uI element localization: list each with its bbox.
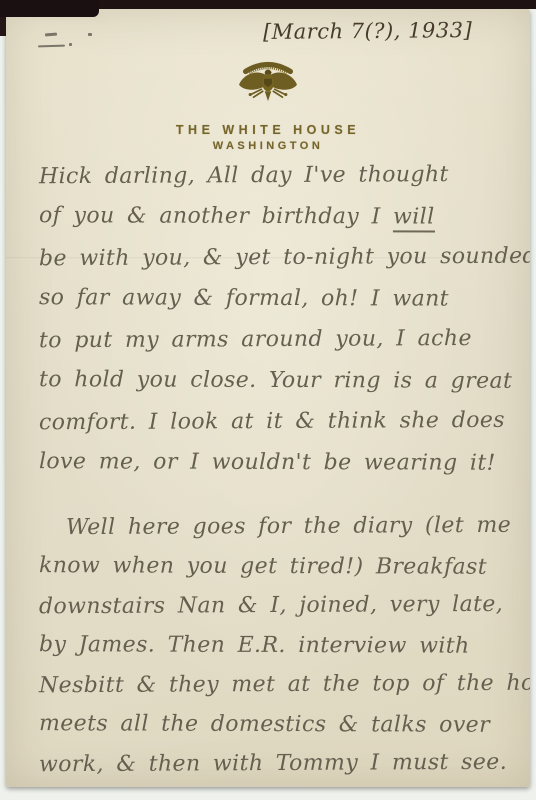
handwritten-line: know when you get tired!) Breakfast xyxy=(39,546,522,587)
handwritten-line: be with you, & yet to-night you sounded xyxy=(39,236,522,280)
handwritten-segment: of you & another birthday I xyxy=(39,203,393,229)
handwritten-line: Well here goes for the diary (let me xyxy=(39,506,522,548)
scan-backdrop-corner xyxy=(0,0,99,17)
pencil-mark xyxy=(88,33,92,36)
handwritten-line: to put my arms around you, I ache xyxy=(39,318,522,362)
handwritten-line: meets all the domestics & talks over xyxy=(39,704,522,745)
handwritten-line: of you & another birthday I will xyxy=(39,195,522,238)
handwritten-line: Hick darling, All day I've thought xyxy=(39,154,522,198)
archival-date-annotation: [March 7(?), 1933] xyxy=(263,18,472,44)
handwritten-line: to hold you close. Your ring is a great xyxy=(39,359,522,402)
handwritten-line: by James. Then E.R. interview with xyxy=(39,625,522,666)
underlined-word: will xyxy=(393,204,435,232)
letterhead-city: WASHINGTON xyxy=(6,140,530,152)
letter-sheet: [March 7(?), 1933] THE WHITE HOUSE WASHI… xyxy=(6,9,530,787)
handwritten-line: work, & then with Tommy I must see. xyxy=(39,743,522,785)
letter-scan-page: { "colors": { "paper": "#e4deca", "lette… xyxy=(0,0,536,800)
presidential-eagle-emblem-icon xyxy=(235,55,301,113)
handwritten-line: so far away & formal, oh! I want xyxy=(39,277,522,320)
handwritten-paragraph-1: Hick darling, All day I've thought of yo… xyxy=(39,155,522,483)
handwritten-paragraph-2: Well here goes for the diary (let me kno… xyxy=(39,507,522,784)
handwritten-line: Nesbitt & they met at the top of the hou… xyxy=(39,664,522,706)
letterhead-title: THE WHITE HOUSE xyxy=(6,123,530,137)
handwritten-line: comfort. I look at it & think she does xyxy=(39,400,522,444)
pencil-mark xyxy=(45,33,57,37)
handwritten-line: downstairs Nan & I, joined, very late, xyxy=(39,585,522,627)
handwritten-line: love me, or I wouldn't be wearing it! xyxy=(39,441,522,484)
letterhead: THE WHITE HOUSE WASHINGTON xyxy=(6,55,530,152)
pencil-mark xyxy=(69,43,72,46)
pencil-mark xyxy=(38,45,65,48)
